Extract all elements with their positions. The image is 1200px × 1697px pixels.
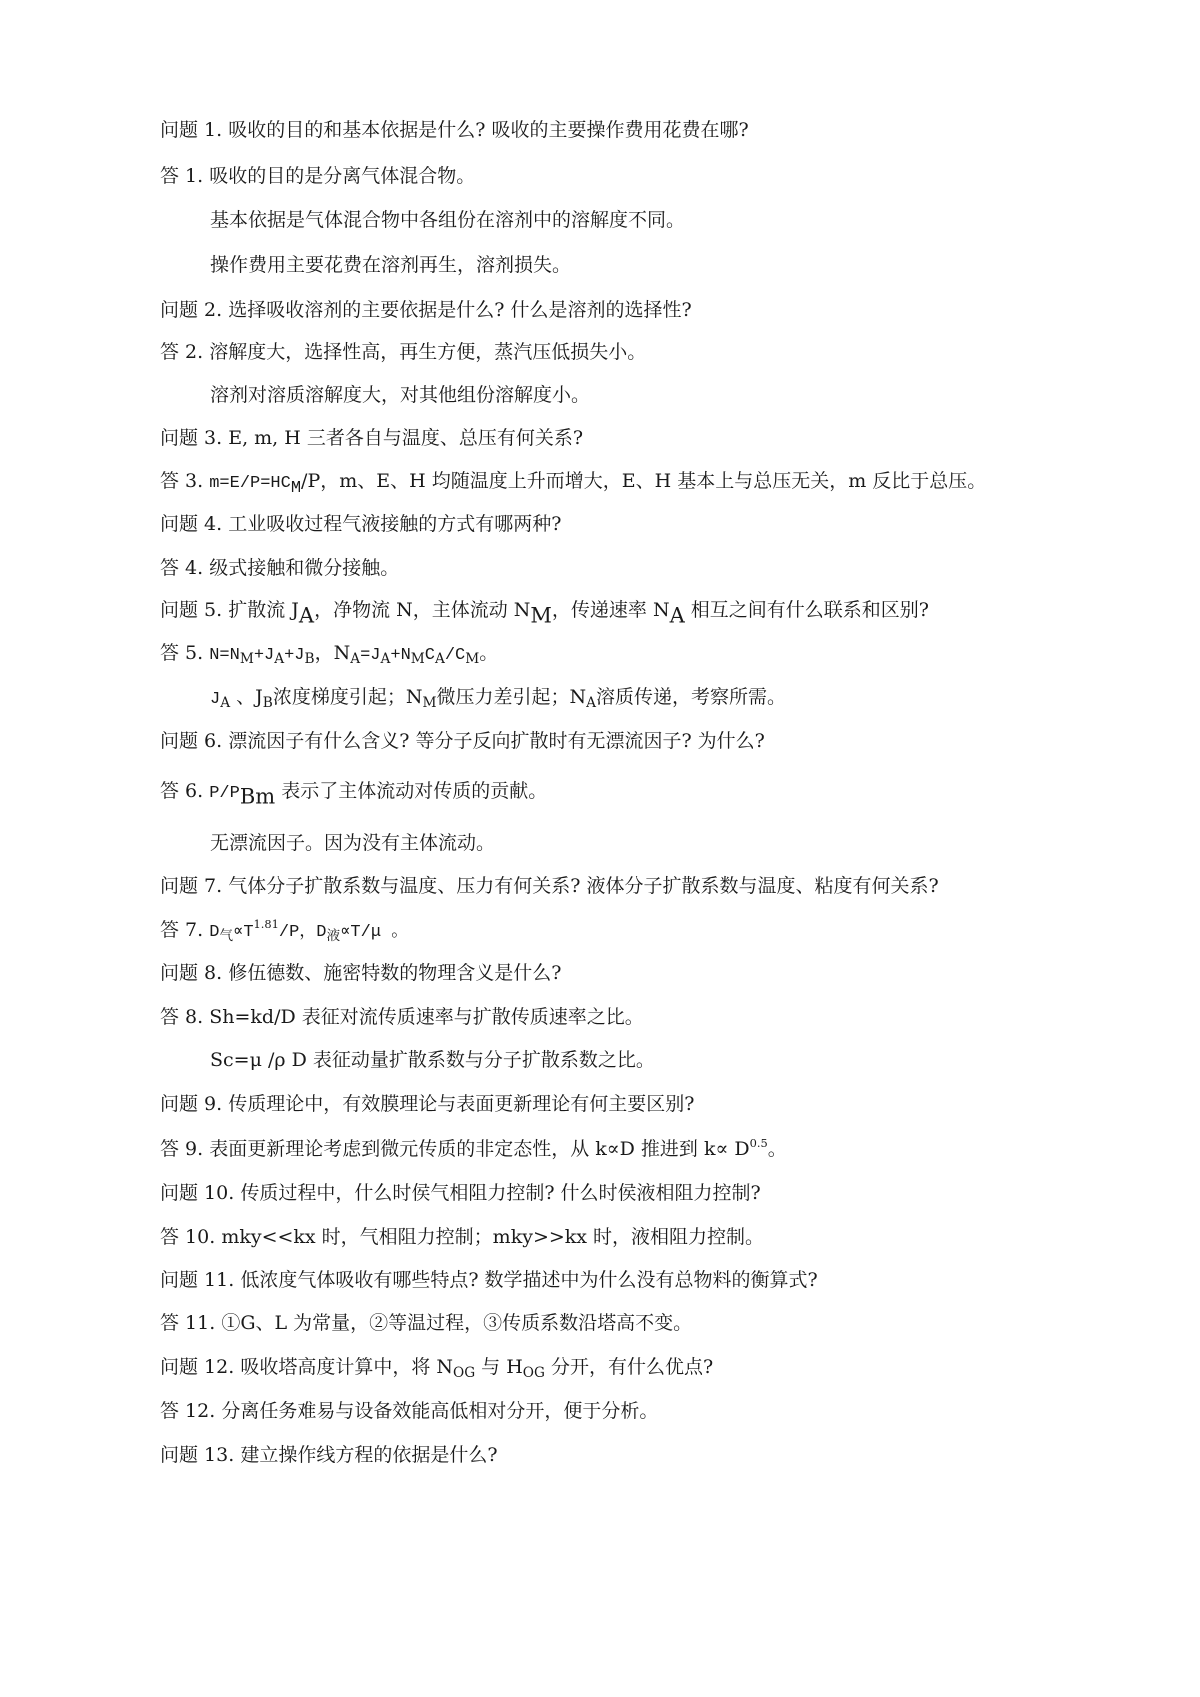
- question-text: 吸收的目的和基本依据是什么? 吸收的主要操作费用花费在哪?: [228, 119, 748, 141]
- answer-label: 答 2.: [160, 341, 203, 363]
- question-label: 问题 7.: [160, 875, 222, 897]
- answer-label: 答 3.: [160, 470, 203, 492]
- question-text: 工业吸收过程气液接触的方式有哪两种?: [228, 513, 561, 535]
- question-6: 问题 6. 漂流因子有什么含义? 等分子反向扩散时有无漂流因子? 为什么?: [160, 728, 765, 754]
- answer-8-line-2: Sc=μ /ρ D 表征动量扩散系数与分子扩散系数之比。: [210, 1047, 655, 1073]
- answer-label: 答 9.: [160, 1138, 203, 1160]
- answer-6: 答 6. P/PBm 表示了主体流动对传质的贡献。: [160, 778, 547, 807]
- answer-9: 答 9. 表面更新理论考虑到微元传质的非定态性，从 k∝D 推进到 k∝ D0.…: [160, 1136, 787, 1162]
- answer-label: 答 10.: [160, 1226, 215, 1248]
- question-2: 问题 2. 选择吸收溶剂的主要依据是什么? 什么是溶剂的选择性?: [160, 297, 692, 323]
- answer-text: /P，m、E、H 均随温度上升而增大，E、H 基本上与总压无关，m 反比于总压。: [301, 470, 986, 492]
- question-5: 问题 5. 扩散流 JA，净物流 N，主体流动 NM，传递速率 NA 相互之间有…: [160, 597, 929, 623]
- answer-2: 答 2. 溶解度大，选择性高，再生方便，蒸汽压低损失小。: [160, 339, 646, 365]
- answer-label: 答 4.: [160, 557, 203, 579]
- question-label: 问题 4.: [160, 513, 222, 535]
- answer-10: 答 10. mky<<kx 时，气相阻力控制；mky>>kx 时，液相阻力控制。: [160, 1224, 764, 1250]
- question-label: 问题 6.: [160, 730, 222, 752]
- question-text: 漂流因子有什么含义? 等分子反向扩散时有无漂流因子? 为什么?: [228, 730, 765, 752]
- answer-label: 答 5.: [160, 642, 203, 664]
- question-label: 问题 12.: [160, 1356, 234, 1378]
- question-text: 传质理论中，有效膜理论与表面更新理论有何主要区别?: [228, 1093, 694, 1115]
- answer-text: 分离任务难易与设备效能高低相对分开，便于分析。: [221, 1400, 658, 1422]
- answer-label: 答 12.: [160, 1400, 215, 1422]
- answer-label: 答 1.: [160, 165, 203, 187]
- answer-text: Sh=kd/D 表征对流传质速率与扩散传质速率之比。: [209, 1006, 644, 1028]
- answer-6-line-2: 无漂流因子。因为没有主体流动。: [210, 830, 495, 856]
- question-4: 问题 4. 工业吸收过程气液接触的方式有哪两种?: [160, 511, 561, 537]
- answer-8: 答 8. Sh=kd/D 表征对流传质速率与扩散传质速率之比。: [160, 1004, 644, 1030]
- answer-text: 级式接触和微分接触。: [209, 557, 399, 579]
- answer-2-line-2: 溶剂对溶质溶解度大，对其他组份溶解度小。: [210, 382, 590, 408]
- answer-1-line-3: 操作费用主要花费在溶剂再生，溶剂损失。: [210, 252, 571, 278]
- answer-4: 答 4. 级式接触和微分接触。: [160, 555, 399, 581]
- question-label: 问题 8.: [160, 962, 222, 984]
- question-text: 传质过程中，什么时侯气相阻力控制? 什么时侯液相阻力控制?: [240, 1182, 760, 1204]
- answer-label: 答 7.: [160, 919, 203, 941]
- question-label: 问题 10.: [160, 1182, 234, 1204]
- question-label: 问题 3.: [160, 427, 222, 449]
- question-text: 修伍德数、施密特数的物理含义是什么?: [228, 962, 561, 984]
- question-9: 问题 9. 传质理论中，有效膜理论与表面更新理论有何主要区别?: [160, 1091, 694, 1117]
- question-text: 低浓度气体吸收有哪些特点? 数学描述中为什么没有总物料的衡算式?: [240, 1269, 817, 1291]
- question-text: 气体分子扩散系数与温度、压力有何关系? 液体分子扩散系数与温度、粘度有何关系?: [228, 875, 938, 897]
- question-10: 问题 10. 传质过程中，什么时侯气相阻力控制? 什么时侯液相阻力控制?: [160, 1180, 761, 1206]
- question-text: 建立操作线方程的依据是什么?: [240, 1444, 497, 1466]
- answer-label: 答 11.: [160, 1312, 215, 1334]
- answer-text: 吸收的目的是分离气体混合物。: [209, 165, 475, 187]
- question-label: 问题 5.: [160, 599, 222, 621]
- answer-7: 答 7. D气∝T1.81/P，D液∝T/μ 。: [160, 917, 408, 946]
- question-13: 问题 13. 建立操作线方程的依据是什么?: [160, 1442, 498, 1468]
- answer-1: 答 1. 吸收的目的是分离气体混合物。: [160, 163, 475, 189]
- answer-text: ①G、L 为常量，②等温过程，③传质系数沿塔高不变。: [221, 1312, 692, 1334]
- question-11: 问题 11. 低浓度气体吸收有哪些特点? 数学描述中为什么没有总物料的衡算式?: [160, 1267, 818, 1293]
- question-label: 问题 11.: [160, 1269, 234, 1291]
- answer-11: 答 11. ①G、L 为常量，②等温过程，③传质系数沿塔高不变。: [160, 1310, 692, 1336]
- question-text: 选择吸收溶剂的主要依据是什么? 什么是溶剂的选择性?: [228, 299, 691, 321]
- question-label: 问题 9.: [160, 1093, 222, 1115]
- formula: m=E/P=HC: [209, 474, 291, 493]
- answer-5: 答 5. N=NM+JA+JB，NA=JA+NMCA/CM。: [160, 640, 498, 669]
- answer-text: mky<<kx 时，气相阻力控制；mky>>kx 时，液相阻力控制。: [221, 1226, 764, 1248]
- answer-12: 答 12. 分离任务难易与设备效能高低相对分开，便于分析。: [160, 1398, 658, 1424]
- answer-1-line-2: 基本依据是气体混合物中各组份在溶剂中的溶解度不同。: [210, 207, 685, 233]
- question-8: 问题 8. 修伍德数、施密特数的物理含义是什么?: [160, 960, 561, 986]
- question-12: 问题 12. 吸收塔高度计算中，将 NOG 与 HOG 分开，有什么优点?: [160, 1354, 713, 1380]
- question-label: 问题 1.: [160, 119, 222, 141]
- question-1: 问题 1. 吸收的目的和基本依据是什么? 吸收的主要操作费用花费在哪?: [160, 117, 749, 143]
- question-3: 问题 3. E, m, H 三者各自与温度、总压有何关系?: [160, 425, 583, 451]
- answer-label: 答 6.: [160, 780, 203, 802]
- question-label: 问题 13.: [160, 1444, 234, 1466]
- answer-text: 溶解度大，选择性高，再生方便，蒸汽压低损失小。: [209, 341, 646, 363]
- question-text: E, m, H 三者各自与温度、总压有何关系?: [228, 427, 583, 449]
- answer-label: 答 8.: [160, 1006, 203, 1028]
- question-7: 问题 7. 气体分子扩散系数与温度、压力有何关系? 液体分子扩散系数与温度、粘度…: [160, 873, 939, 899]
- answer-3: 答 3. m=E/P=HCM/P，m、E、H 均随温度上升而增大，E、H 基本上…: [160, 468, 986, 497]
- question-label: 问题 2.: [160, 299, 222, 321]
- answer-5-line-2: JA 、JB浓度梯度引起；NM微压力差引起；NA溶质传递，考察所需。: [210, 684, 786, 713]
